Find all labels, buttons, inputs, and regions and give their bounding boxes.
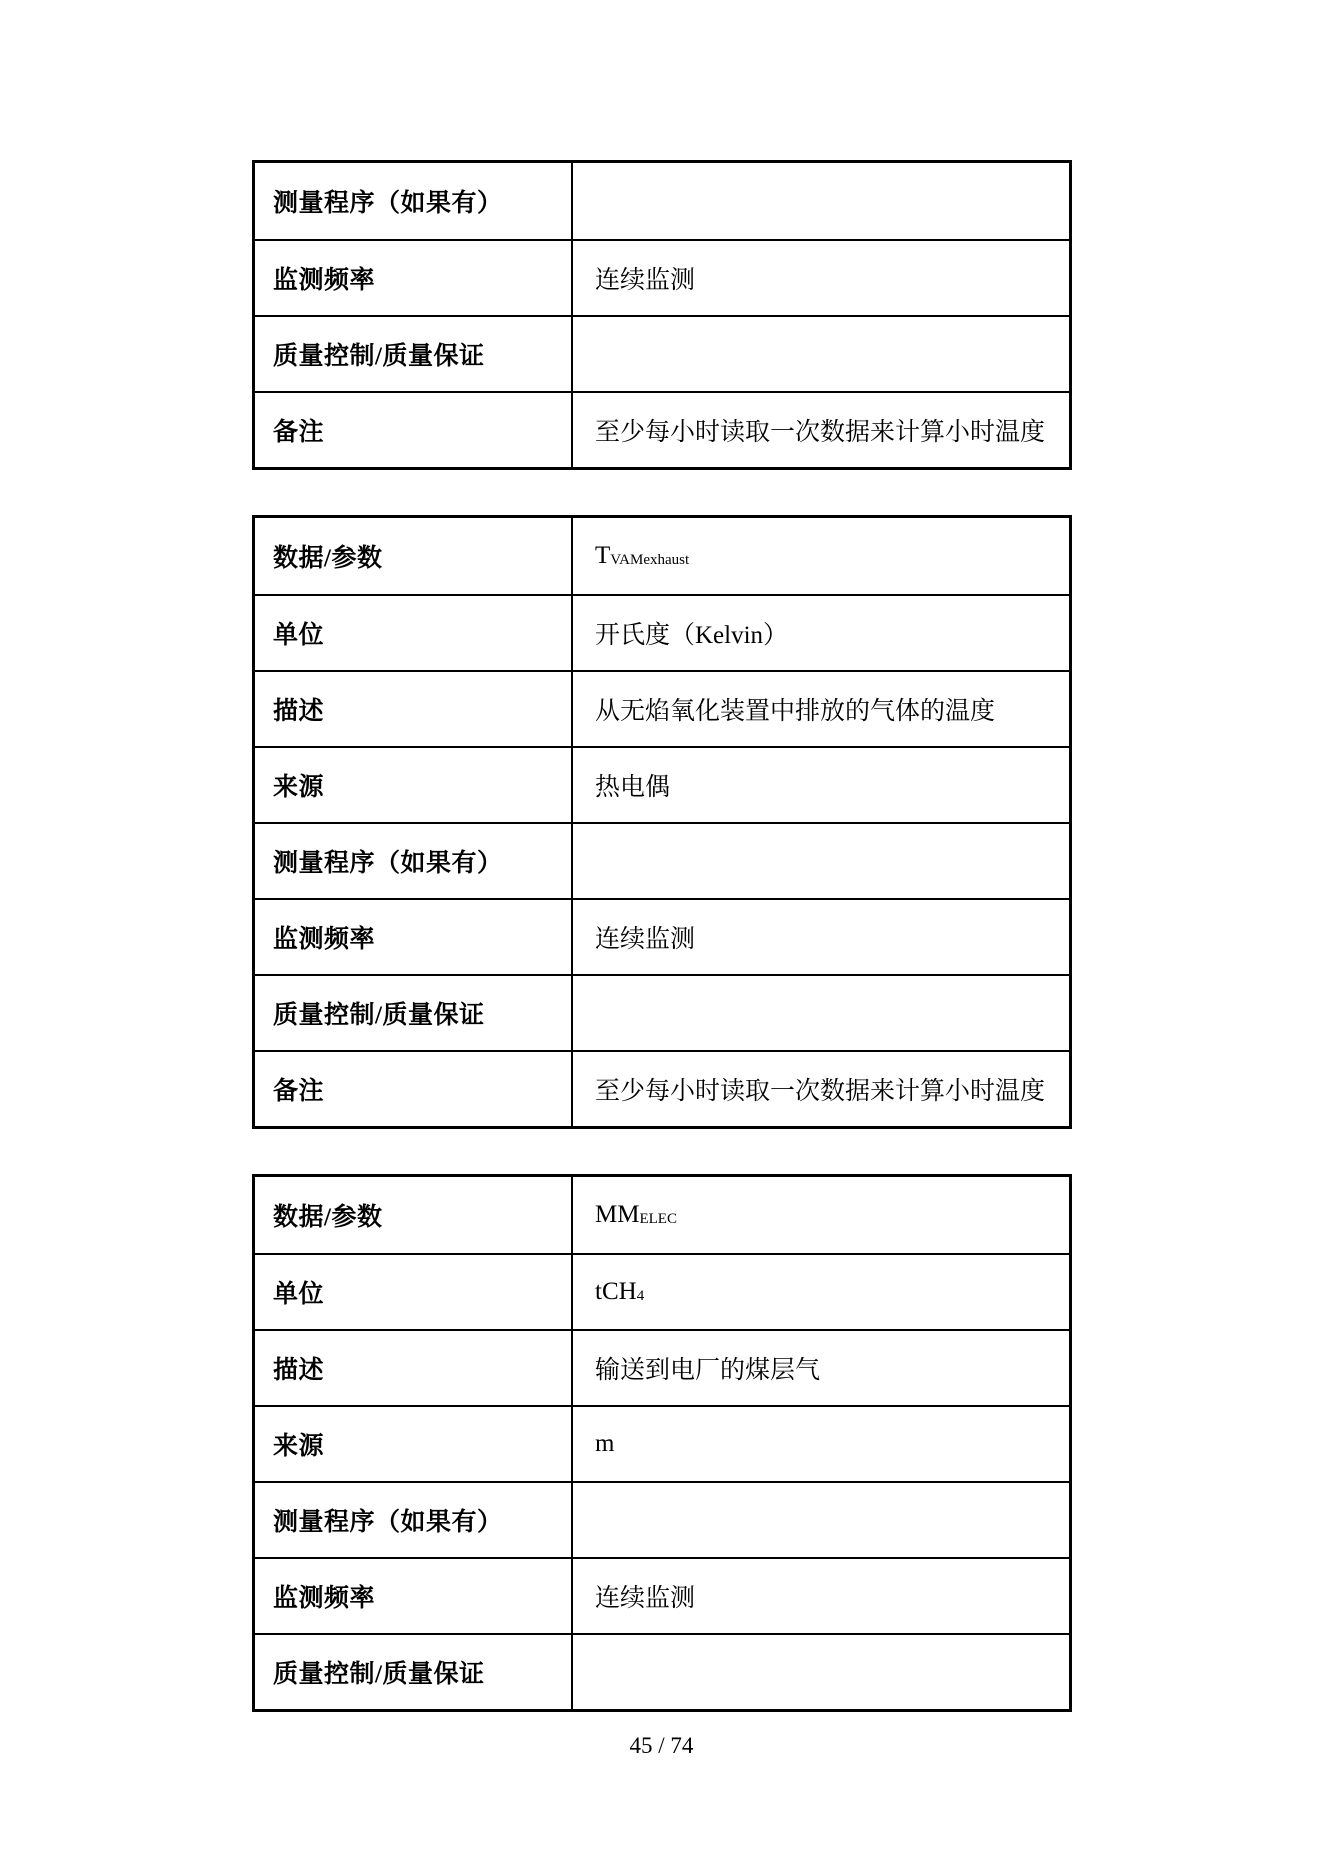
row-value: m [573, 1407, 1069, 1481]
row-label: 测量程序（如果有） [255, 163, 573, 239]
table-row: 来源热电偶 [255, 746, 1069, 822]
row-label: 单位 [255, 1255, 573, 1329]
row-label: 质量控制/质量保证 [255, 1635, 573, 1709]
row-label: 监测频率 [255, 900, 573, 974]
row-value [573, 1635, 1069, 1709]
table-row: 来源m [255, 1405, 1069, 1481]
row-value: 至少每小时读取一次数据来计算小时温度 [573, 1052, 1069, 1126]
table-row: 质量控制/质量保证 [255, 974, 1069, 1050]
row-value [573, 317, 1069, 391]
row-value: 输送到电厂的煤层气 [573, 1331, 1069, 1405]
monitoring-parameter-table-3: 数据/参数MMELEC单位tCH4描述输送到电厂的煤层气来源m测量程序（如果有）… [252, 1174, 1072, 1712]
row-label: 来源 [255, 748, 573, 822]
row-label: 单位 [255, 596, 573, 670]
monitoring-parameter-table-1: 测量程序（如果有）监测频率连续监测质量控制/质量保证备注至少每小时读取一次数据来… [252, 160, 1072, 470]
row-value: TVAMexhaust [573, 518, 1069, 594]
table-row: 数据/参数MMELEC [255, 1177, 1069, 1253]
row-value [573, 824, 1069, 898]
row-value: MMELEC [573, 1177, 1069, 1253]
row-label: 数据/参数 [255, 518, 573, 594]
page-number: 45 / 74 [0, 1733, 1323, 1759]
row-label: 监测频率 [255, 1559, 573, 1633]
row-label: 备注 [255, 393, 573, 467]
row-label: 质量控制/质量保证 [255, 317, 573, 391]
row-value: tCH4 [573, 1255, 1069, 1329]
row-label: 描述 [255, 1331, 573, 1405]
table-row: 测量程序（如果有） [255, 822, 1069, 898]
table-row: 数据/参数TVAMexhaust [255, 518, 1069, 594]
row-label: 备注 [255, 1052, 573, 1126]
table-row: 备注至少每小时读取一次数据来计算小时温度 [255, 1050, 1069, 1126]
row-value: 连续监测 [573, 1559, 1069, 1633]
table-row: 描述输送到电厂的煤层气 [255, 1329, 1069, 1405]
row-value: 开氏度（Kelvin） [573, 596, 1069, 670]
table-row: 单位tCH4 [255, 1253, 1069, 1329]
row-label: 数据/参数 [255, 1177, 573, 1253]
table-row: 监测频率连续监测 [255, 239, 1069, 315]
row-value: 连续监测 [573, 900, 1069, 974]
row-label: 质量控制/质量保证 [255, 976, 573, 1050]
table-row: 质量控制/质量保证 [255, 315, 1069, 391]
table-row: 测量程序（如果有） [255, 1481, 1069, 1557]
table-row: 单位开氏度（Kelvin） [255, 594, 1069, 670]
row-value [573, 1483, 1069, 1557]
table-row: 描述从无焰氧化装置中排放的气体的温度 [255, 670, 1069, 746]
row-label: 描述 [255, 672, 573, 746]
monitoring-parameter-table-2: 数据/参数TVAMexhaust单位开氏度（Kelvin）描述从无焰氧化装置中排… [252, 515, 1072, 1129]
row-label: 测量程序（如果有） [255, 1483, 573, 1557]
row-value: 热电偶 [573, 748, 1069, 822]
table-row: 质量控制/质量保证 [255, 1633, 1069, 1709]
row-value: 从无焰氧化装置中排放的气体的温度 [573, 672, 1069, 746]
table-row: 监测频率连续监测 [255, 1557, 1069, 1633]
table-row: 监测频率连续监测 [255, 898, 1069, 974]
table-row: 测量程序（如果有） [255, 163, 1069, 239]
row-label: 监测频率 [255, 241, 573, 315]
row-value: 至少每小时读取一次数据来计算小时温度 [573, 393, 1069, 467]
document-page: 测量程序（如果有）监测频率连续监测质量控制/质量保证备注至少每小时读取一次数据来… [0, 0, 1323, 1871]
row-value [573, 976, 1069, 1050]
row-value [573, 163, 1069, 239]
row-value: 连续监测 [573, 241, 1069, 315]
row-label: 测量程序（如果有） [255, 824, 573, 898]
row-label: 来源 [255, 1407, 573, 1481]
table-row: 备注至少每小时读取一次数据来计算小时温度 [255, 391, 1069, 467]
